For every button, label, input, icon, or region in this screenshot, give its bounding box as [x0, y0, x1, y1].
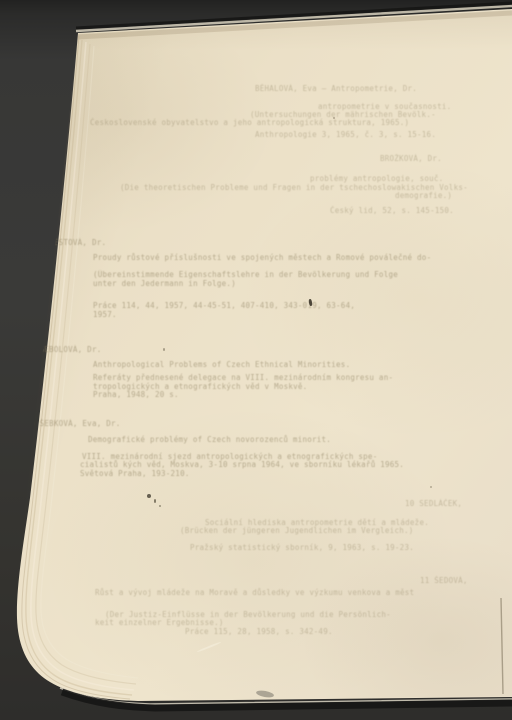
ghost-line: Práce 115, 28, 1958, s. 342-49.	[185, 628, 333, 636]
ink-speck	[430, 486, 432, 488]
ghost-line: Růst a vývoj mládeže na Moravě a důsledk…	[95, 589, 414, 597]
ink-speck	[163, 348, 165, 351]
ghost-line: keit einzelner Ergebnisse.)	[95, 619, 224, 627]
ghost-line: 11 ŠEDOVÁ,	[420, 577, 468, 585]
scanned-book-photo: BĚHALOVÁ, Eva — Antropometrie, Dr. antro…	[0, 0, 512, 720]
ink-speck	[333, 117, 335, 119]
page-content: BĚHALOVÁ, Eva — Antropometrie, Dr. antro…	[0, 0, 512, 720]
ghost-text-block: 11 ŠEDOVÁ, Růst a vývoj mládeže na Morav…	[0, 0, 512, 720]
ink-speck	[147, 494, 151, 498]
ink-speck	[154, 499, 156, 503]
ink-speck	[159, 505, 161, 507]
